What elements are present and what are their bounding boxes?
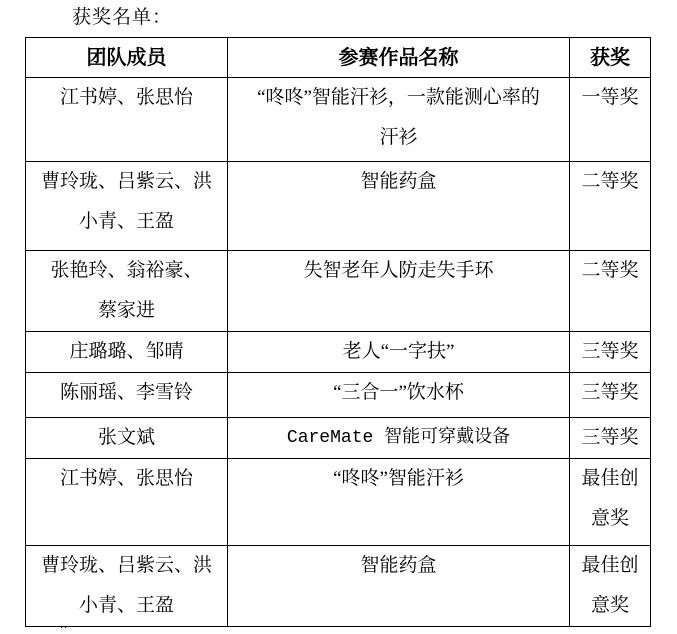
table-row: 陈丽瑶、李雪铃 “三合一”饮水杯 三等奖 [26, 373, 651, 418]
table-row: 庄璐璐、邹晴 老人“一字扶” 三等奖 [26, 332, 651, 373]
column-header-award: 获奖 [570, 38, 651, 78]
cell-entry-name: 智能药盒 [228, 162, 570, 251]
cell-team-members: 庄璐璐、邹晴 [26, 332, 228, 373]
cell-entry-name: “咚咚”智能汗衫，一款能测心率的 汗衫 [228, 78, 570, 162]
table-row: 张文斌 CareMate 智能可穿戴设备 三等奖 [26, 418, 651, 459]
cell-entry-name: “三合一”饮水杯 [228, 373, 570, 418]
column-header-entry-name: 参赛作品名称 [228, 38, 570, 78]
table-row: 江书婷、张思怡 “咚咚”智能汗衫，一款能测心率的 汗衫 一等奖 [26, 78, 651, 162]
cell-entry-name: 老人“一字扶” [228, 332, 570, 373]
cell-team-members: 张文斌 [26, 418, 228, 459]
document-page: 获奖名单： 团队成员 参赛作品名称 获奖 江书婷、张思怡 “咚咚”智能汗衫，一款… [0, 0, 677, 634]
table-row: 江书婷、张思怡 “咚咚”智能汗衫 最佳创 意奖 [26, 459, 651, 546]
cell-award: 最佳创 意奖 [570, 546, 651, 627]
cell-award: 二等奖 [570, 251, 651, 332]
cell-entry-name: “咚咚”智能汗衫 [228, 459, 570, 546]
table-header-row: 团队成员 参赛作品名称 获奖 [26, 38, 651, 78]
cell-team-members: 江书婷、张思怡 [26, 459, 228, 546]
cell-entry-name: 智能药盒 [228, 546, 570, 627]
cell-award: 三等奖 [570, 373, 651, 418]
cell-award: 最佳创 意奖 [570, 459, 651, 546]
cell-award: 二等奖 [570, 162, 651, 251]
cell-award: 三等奖 [570, 332, 651, 373]
cell-team-members: 江书婷、张思怡 [26, 78, 228, 162]
page-title: 获奖名单： [72, 7, 172, 29]
column-header-team-members: 团队成员 [26, 38, 228, 78]
cell-team-members: 曹玲珑、吕紫云、洪 小青、王盈 [26, 162, 228, 251]
table-row: 张艳玲、翁裕豪、 蔡家进 失智老年人防走失手环 二等奖 [26, 251, 651, 332]
awards-table: 团队成员 参赛作品名称 获奖 江书婷、张思怡 “咚咚”智能汗衫，一款能测心率的 … [25, 37, 651, 627]
table-row: 曹玲珑、吕紫云、洪 小青、王盈 智能药盒 最佳创 意奖 [26, 546, 651, 627]
cropped-text-fragment: .. [60, 618, 68, 630]
table-row: 曹玲珑、吕紫云、洪 小青、王盈 智能药盒 二等奖 [26, 162, 651, 251]
cell-entry-name: 失智老年人防走失手环 [228, 251, 570, 332]
cell-team-members: 张艳玲、翁裕豪、 蔡家进 [26, 251, 228, 332]
cell-award: 三等奖 [570, 418, 651, 459]
cell-team-members: 陈丽瑶、李雪铃 [26, 373, 228, 418]
cell-award: 一等奖 [570, 78, 651, 162]
cell-team-members: 曹玲珑、吕紫云、洪 小青、王盈 [26, 546, 228, 627]
cell-entry-name: CareMate 智能可穿戴设备 [228, 418, 570, 459]
